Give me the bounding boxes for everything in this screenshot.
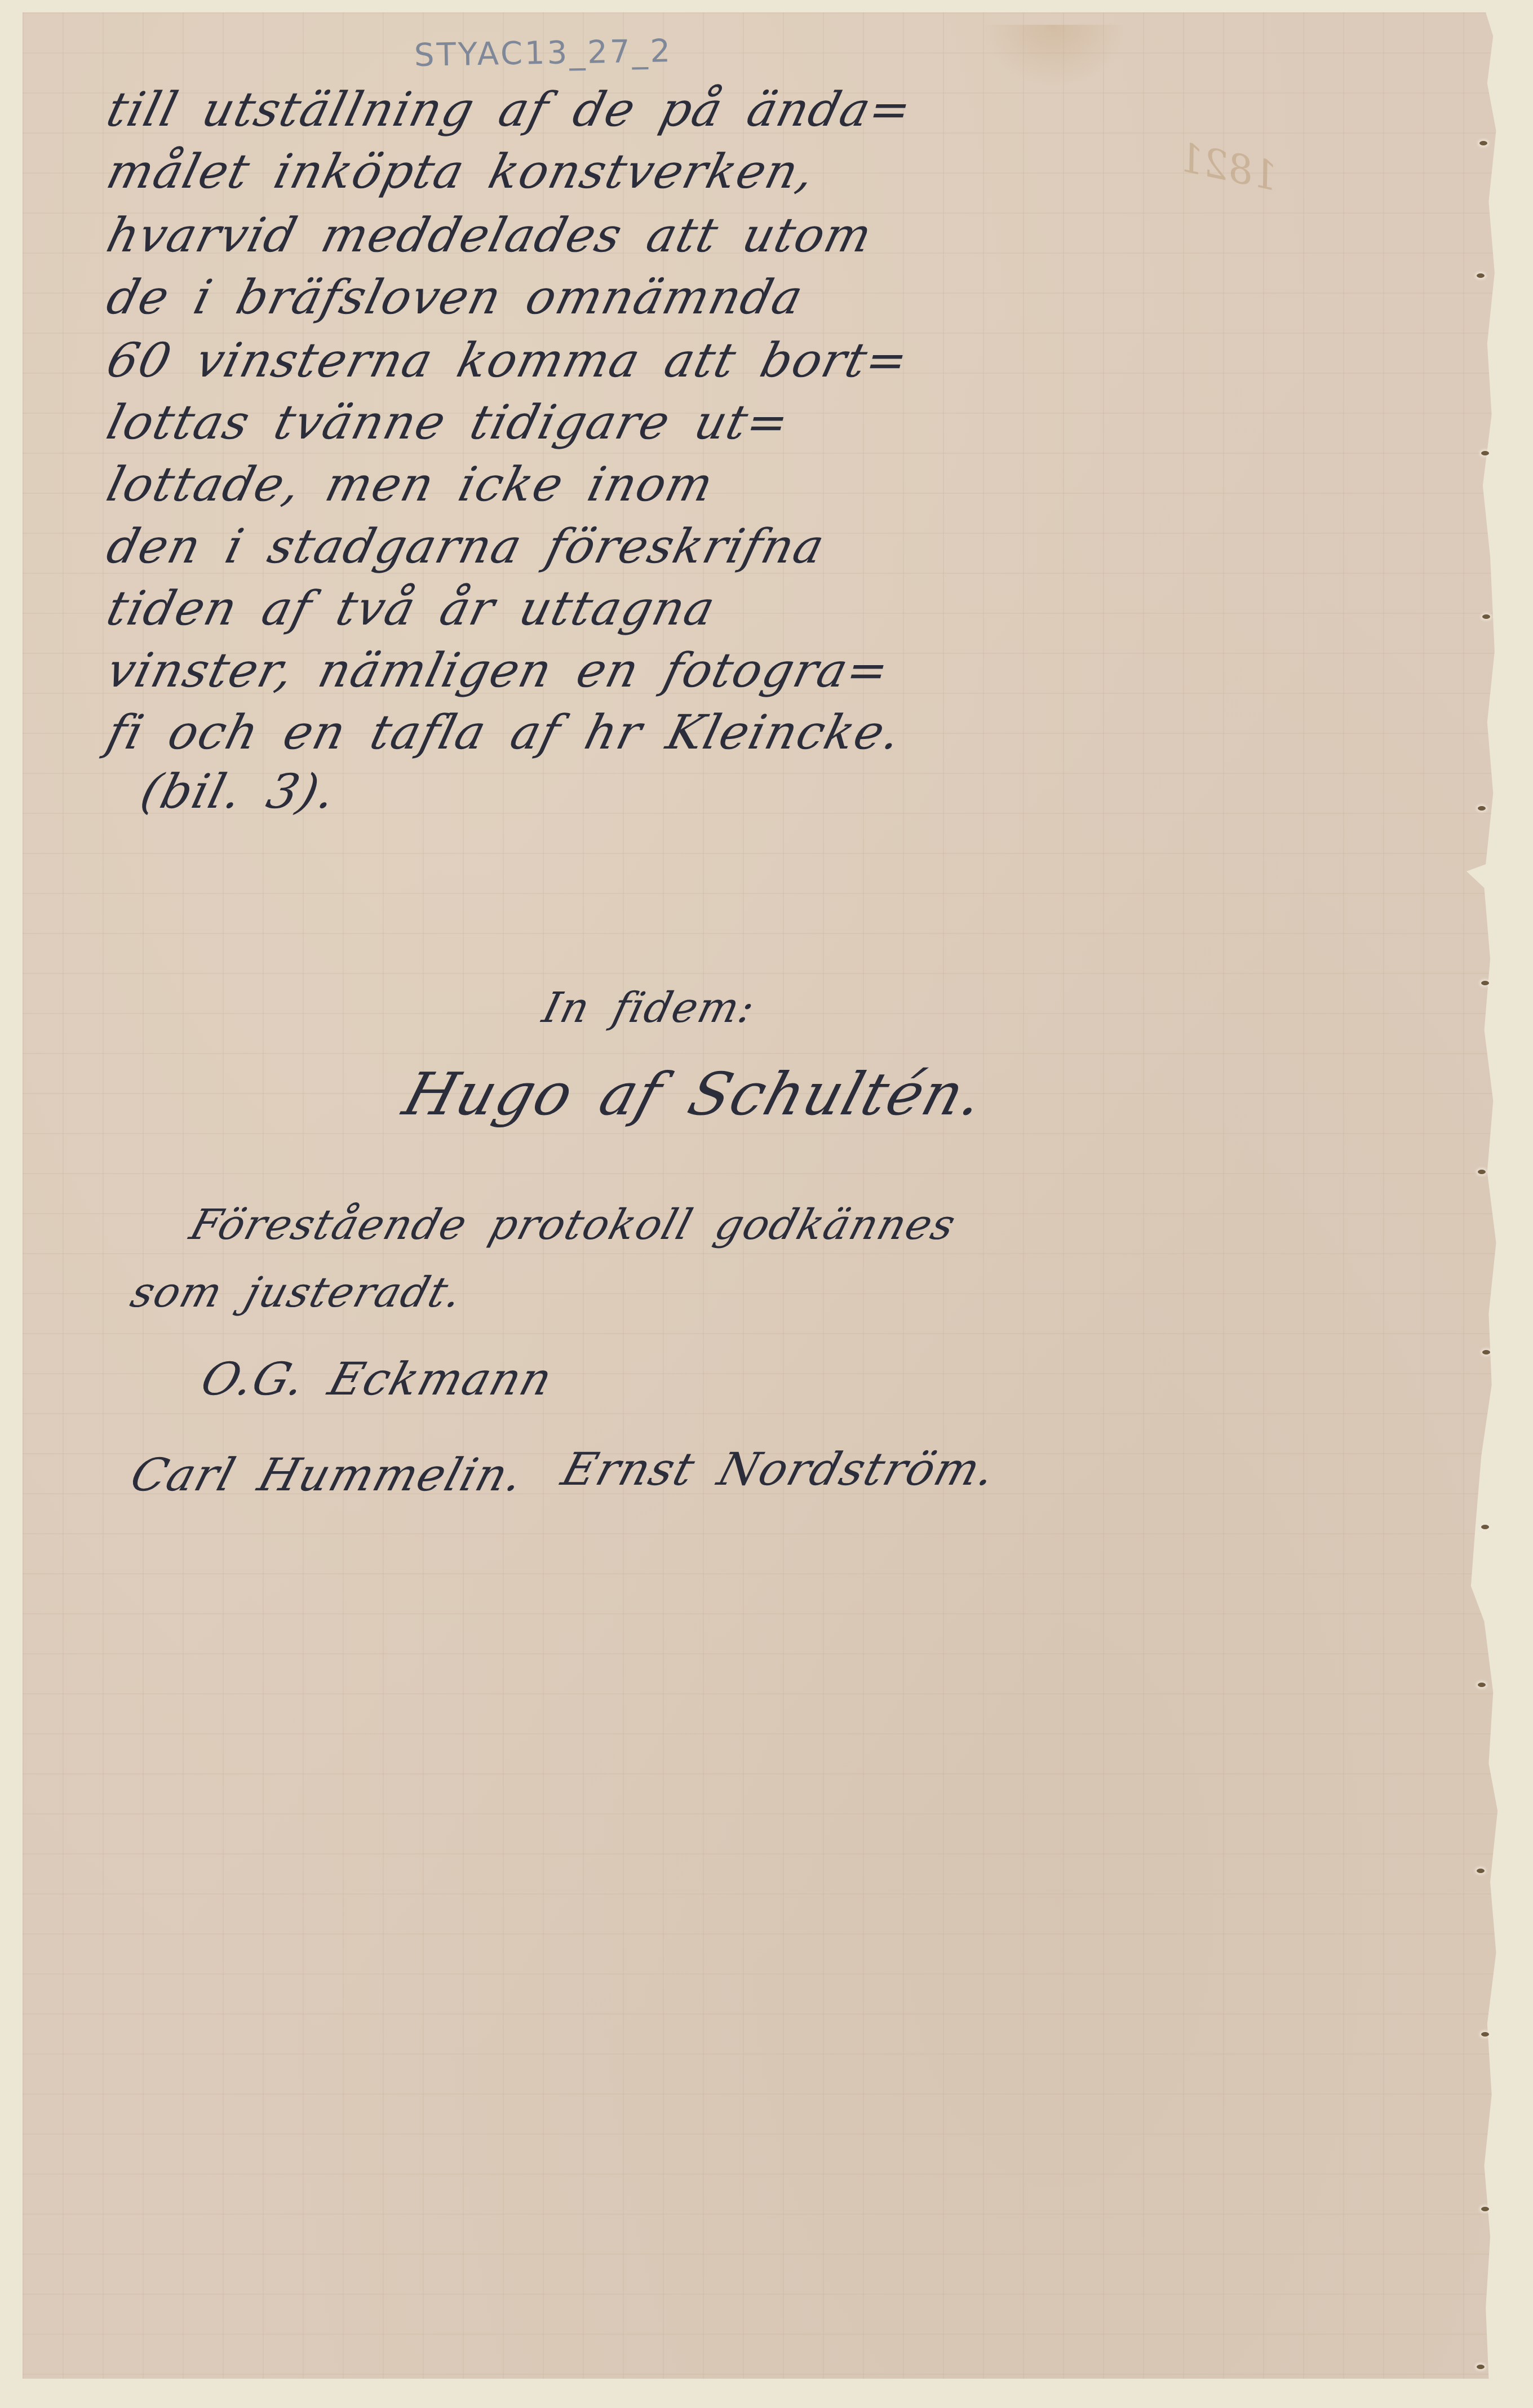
body-line: till utställning af de på ända= xyxy=(101,82,918,137)
signature-eckmann: O.G. Eckmann xyxy=(196,1353,559,1405)
stitch-hole xyxy=(1482,1350,1490,1354)
stitch-hole xyxy=(1482,614,1490,619)
body-line: målet inköpta konstverken, xyxy=(101,144,821,199)
signature-hummelin: Carl Hummelin. xyxy=(125,1449,530,1501)
stitch-hole xyxy=(1477,273,1485,278)
body-line: lottade, men icke inom xyxy=(101,457,720,512)
stitch-hole xyxy=(1477,2365,1485,2369)
stitch-hole xyxy=(1477,1869,1485,1873)
stitch-hole xyxy=(1478,806,1486,811)
body-line: vinster, nämligen en fotogra= xyxy=(101,643,895,698)
body-line: de i bräfsloven omnämnda xyxy=(101,269,809,325)
signature-secretary: Hugo af Schultén. xyxy=(396,1060,993,1128)
body-line: hvarvid meddelades att utom xyxy=(101,207,878,263)
body-line: tiden af två år uttagna xyxy=(101,581,721,636)
approval-line: Förestående protokoll godkännes xyxy=(185,1201,962,1249)
archive-id-label: STYAC13_27_2 xyxy=(414,33,672,74)
stitch-hole xyxy=(1479,141,1487,145)
stitch-hole xyxy=(1481,1525,1489,1529)
stitch-hole xyxy=(1481,2032,1489,2037)
in-fidem-label: In fidem: xyxy=(538,984,760,1032)
stitch-hole xyxy=(1478,1170,1486,1174)
stitch-hole xyxy=(1481,451,1489,455)
body-line: 60 vinsterna komma att bort= xyxy=(101,333,915,388)
stitch-hole xyxy=(1481,2207,1489,2211)
stitch-hole xyxy=(1478,1683,1486,1687)
approval-line: som justeradt. xyxy=(126,1268,469,1317)
stain xyxy=(981,25,1127,87)
attachment-reference: (bil. 3). xyxy=(135,764,342,819)
body-line: fi och en tafla af hr Kleincke. xyxy=(101,705,907,760)
body-line: lottas tvänne tidigare ut= xyxy=(101,395,795,450)
signature-nordstrom: Ernst Nordström. xyxy=(556,1443,1003,1495)
stitch-hole xyxy=(1481,981,1489,985)
body-line: den i stadgarna föreskrifna xyxy=(101,519,831,574)
